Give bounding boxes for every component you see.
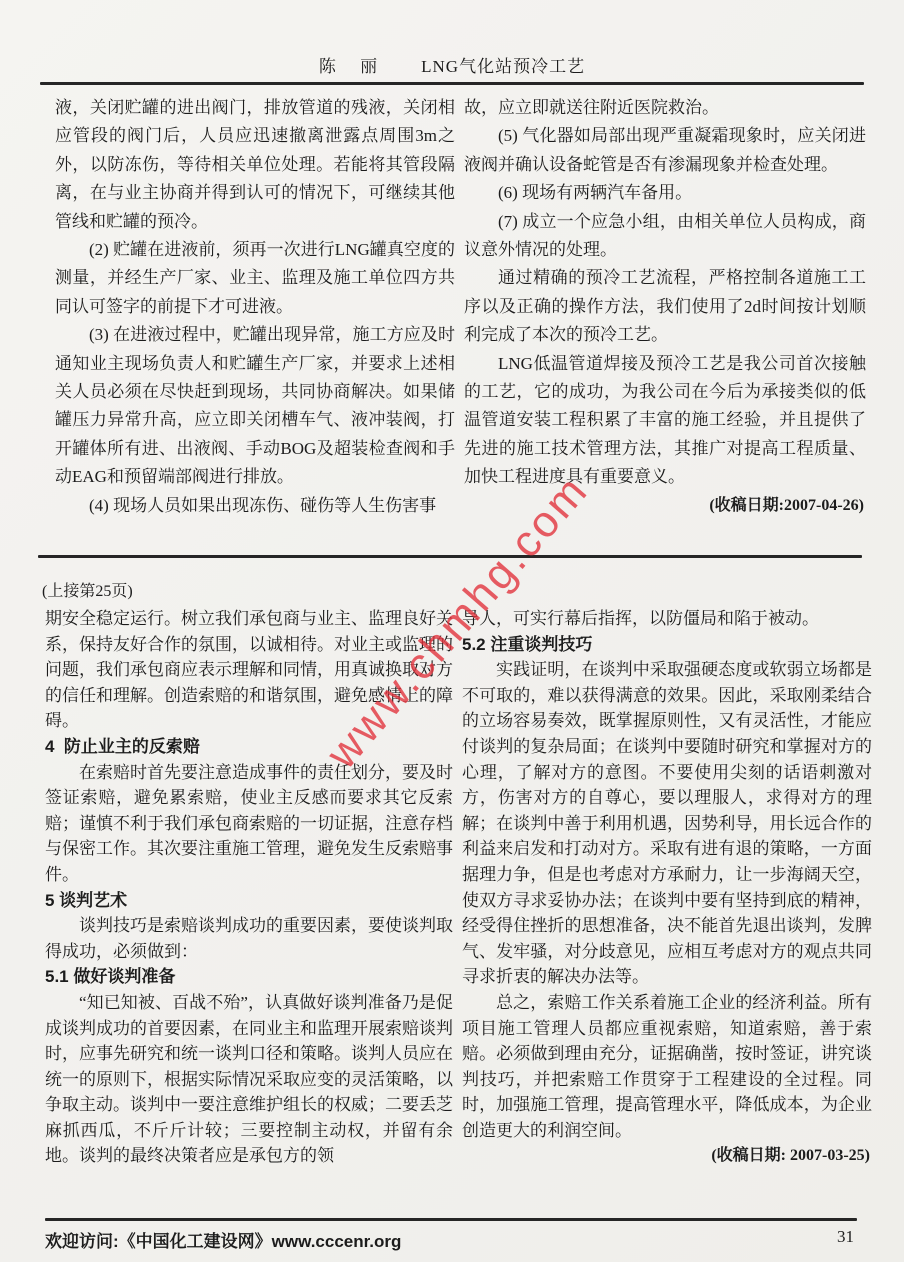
article-title: LNG气化站预冷工艺 [421, 52, 585, 77]
paragraph: “知已知被、百战不殆”，认真做好谈判准备乃是促成谈判成功的首要因素，在同业主和监… [45, 990, 453, 1169]
paragraph: 谈判技巧是索赔谈判成功的重要因素，要使谈判取得成功，必须做到： [45, 913, 453, 964]
continued-from-note: (上接第25页) [42, 578, 133, 601]
paragraph: 通过精确的预冷工艺流程，严格控制各道施工工序以及正确的操作方法，我们使用了2d时… [464, 264, 866, 349]
bottom-article-right-column: 导人，可实行幕后指挥，以防僵局和陷于被动。5.2 注重谈判技巧实践证明，在谈判中… [462, 606, 872, 1169]
paragraph: (6) 现场有两辆汽车备用。 [464, 179, 866, 207]
running-header: 陈 丽 LNG气化站预冷工艺 [0, 52, 904, 77]
section-heading: 5.2 注重谈判技巧 [462, 632, 872, 658]
header-divider-rule [40, 82, 864, 85]
paragraph: 期安全稳定运行。树立我们承包商与业主、监理良好关系，保持友好合作的氛围，以诚相待… [45, 606, 453, 734]
paragraph: LNG低温管道焊接及预冷工艺是我公司首次接触的工艺，它的成功，为我公司在今后为承… [464, 350, 866, 492]
paragraph: 在索赔时首先要注意造成事件的责任划分，要及时签证索赔，避免累索赔，使业主反感而要… [45, 760, 453, 888]
section-heading: 5.1 做好谈判准备 [45, 964, 453, 990]
top-article-left-column: 液，关闭贮罐的进出阀门，排放管道的残液，关闭相应管段的阀门后，人员应迅速撤离泄露… [55, 94, 455, 520]
bottom-article-left-column: 期安全稳定运行。树立我们承包商与业主、监理良好关系，保持友好合作的氛围，以诚相待… [45, 606, 453, 1169]
top-article-right-column: 故，应立即就送往附近医院救治。(5) 气化器如局部出现严重凝霜现象时，应关闭进液… [464, 94, 866, 520]
paragraph: (2) 贮罐在进液前，须再一次进行LNG罐真空度的测量，并经生产厂家、业主、监理… [55, 236, 455, 321]
author-name: 陈 丽 [319, 52, 387, 77]
footer-site-text: 欢迎访问:《中国化工建设网》www.cccenr.org [45, 1227, 401, 1252]
received-date: (收稿日期: 2007-03-25) [462, 1143, 872, 1169]
paragraph: (3) 在进液过程中，贮罐出现异常，施工方应及时通知业主现场负责人和贮罐生产厂家… [55, 321, 455, 491]
section-heading: 5 谈判艺术 [45, 888, 453, 914]
paragraph: 总之，索赔工作关系着施工企业的经济利益。所有项目施工管理人员都应重视索赔，知道索… [462, 990, 872, 1144]
paragraph: 导人，可实行幕后指挥，以防僵局和陷于被动。 [462, 606, 872, 632]
paragraph: 故，应立即就送往附近医院救治。 [464, 94, 866, 122]
paragraph: 实践证明，在谈判中采取强硬态度或软弱立场都是不可取的，难以获得满意的效果。因此，… [462, 657, 872, 990]
paragraph: 液，关闭贮罐的进出阀门，排放管道的残液，关闭相应管段的阀门后，人员应迅速撤离泄露… [55, 94, 455, 236]
section-heading: 4 防止业主的反索赔 [45, 734, 453, 760]
paragraph: (4) 现场人员如果出现冻伤、碰伤等人生伤害事 [55, 492, 455, 520]
received-date: (收稿日期:2007-04-26) [464, 492, 866, 520]
paragraph: (7) 成立一个应急小组，由相关单位人员构成，商议意外情况的处理。 [464, 208, 866, 265]
paragraph: (5) 气化器如局部出现严重凝霜现象时，应关闭进液阀并确认设备蛇管是否有渗漏现象… [464, 122, 866, 179]
footer-divider-rule [45, 1218, 857, 1221]
scanned-journal-page: 陈 丽 LNG气化站预冷工艺 液，关闭贮罐的进出阀门，排放管道的残液，关闭相应管… [0, 0, 904, 1262]
article-separator-rule [38, 555, 862, 558]
page-number: 31 [837, 1227, 854, 1247]
